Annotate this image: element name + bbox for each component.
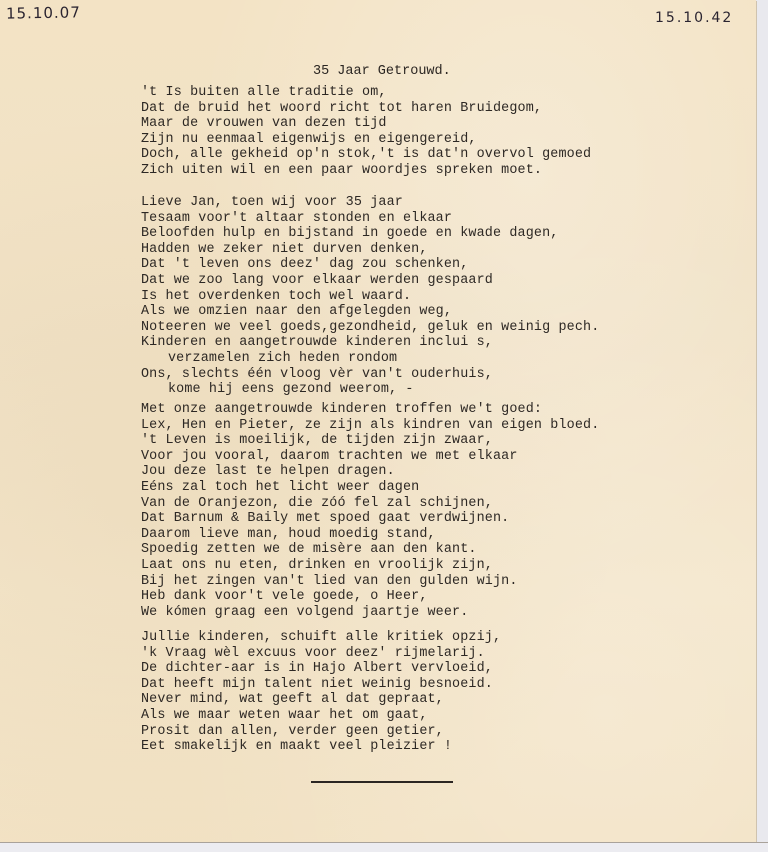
poem-line: Als we maar weten waar het om gaat, [141, 708, 501, 724]
poem-line: Eet smakelijk en maakt veel pleizier ! [141, 739, 501, 755]
poem-line: Zijn nu eenmaal eigenwijs en eigengereid… [141, 132, 591, 148]
stanza-2: Lieve Jan, toen wij voor 35 jaarTesaam v… [141, 195, 599, 398]
poem-line: Jullie kinderen, schuift alle kritiek op… [141, 630, 501, 646]
poem-line: Maar de vrouwen van dezen tijd [141, 116, 591, 132]
closing-rule-divider [311, 781, 453, 783]
handwritten-date-right: 15.10.42 [655, 10, 733, 26]
poem-line: Prosit dan allen, verder geen getier, [141, 724, 501, 740]
poem-line: De dichter-aar is in Hajo Albert vervloe… [141, 661, 501, 677]
poem-line: Lex, Hen en Pieter, ze zijn als kindren … [141, 418, 599, 434]
poem-line: Bij het zingen van't lied van den gulden… [141, 574, 599, 590]
poem-line: Lieve Jan, toen wij voor 35 jaar [141, 195, 599, 211]
poem-line: Voor jou vooral, daarom trachten we met … [141, 449, 599, 465]
typed-letter-page: 15.10.07 15.10.42 35 Jaar Getrouwd. 't I… [0, 0, 756, 842]
poem-line: We kómen graag een volgend jaartje weer. [141, 605, 599, 621]
poem-line: Dat Barnum & Baily met spoed gaat verdwi… [141, 511, 599, 527]
poem-line: Beloofden hulp en bijstand in goede en k… [141, 226, 599, 242]
poem-line: Doch, alle gekheid op'n stok,'t is dat'n… [141, 147, 591, 163]
scan-background-edge [0, 842, 768, 852]
poem-line: 't Is buiten alle traditie om, [141, 85, 591, 101]
poem-line: Eéns zal toch het licht weer dagen [141, 480, 599, 496]
poem-line: Kinderen en aangetrouwde kinderen inclui… [141, 335, 599, 351]
poem-line: Daarom lieve man, houd moedig stand, [141, 527, 599, 543]
poem-line: Is het overdenken toch wel waard. [141, 289, 599, 305]
poem-line: Spoedig zetten we de misère aan den kant… [141, 542, 599, 558]
poem-line: Noteeren we veel goeds,gezondheid, geluk… [141, 320, 599, 336]
poem-line: Laat ons nu eten, drinken en vroolijk zi… [141, 558, 599, 574]
poem-line: verzamelen zich heden rondom [141, 351, 599, 367]
poem-line: Never mind, wat geeft al dat gepraat, [141, 692, 501, 708]
poem-line: Dat heeft mijn talent niet weinig besnoe… [141, 677, 501, 693]
poem-line: Met onze aangetrouwde kinderen troffen w… [141, 402, 599, 418]
poem-line: kome hij eens gezond weerom, - [141, 382, 599, 398]
poem-line: Jou deze last te helpen dragen. [141, 464, 599, 480]
poem-line: Hadden we zeker niet durven denken, [141, 242, 599, 258]
handwritten-date-left: 15.10.07 [6, 3, 81, 22]
poem-line: Zich uiten wil en een paar woordjes spre… [141, 163, 591, 179]
poem-line: 'k Vraag wèl excuus voor deez' rijmelari… [141, 646, 501, 662]
poem-line: Dat de bruid het woord richt tot haren B… [141, 101, 591, 117]
poem-line: Dat 't leven ons deez' dag zou schenken, [141, 257, 599, 273]
poem-line: Van de Oranjezon, die zóó fel zal schijn… [141, 496, 599, 512]
poem-line: 't Leven is moeilijk, de tijden zijn zwa… [141, 433, 599, 449]
poem-line: Dat we zoo lang voor elkaar werden gespa… [141, 273, 599, 289]
poem-line: Ons, slechts één vloog vèr van't ouderhu… [141, 367, 599, 383]
poem-line: Heb dank voor't vele goede, o Heer, [141, 589, 599, 605]
poem-title: 35 Jaar Getrouwd. [313, 64, 451, 79]
stanza-3: Met onze aangetrouwde kinderen troffen w… [141, 402, 599, 620]
poem-line: Als we omzien naar den afgelegden weg, [141, 304, 599, 320]
stanza-1: 't Is buiten alle traditie om,Dat de bru… [141, 85, 591, 179]
stanza-4: Jullie kinderen, schuift alle kritiek op… [141, 630, 501, 755]
poem-line: Tesaam voor't altaar stonden en elkaar [141, 211, 599, 227]
